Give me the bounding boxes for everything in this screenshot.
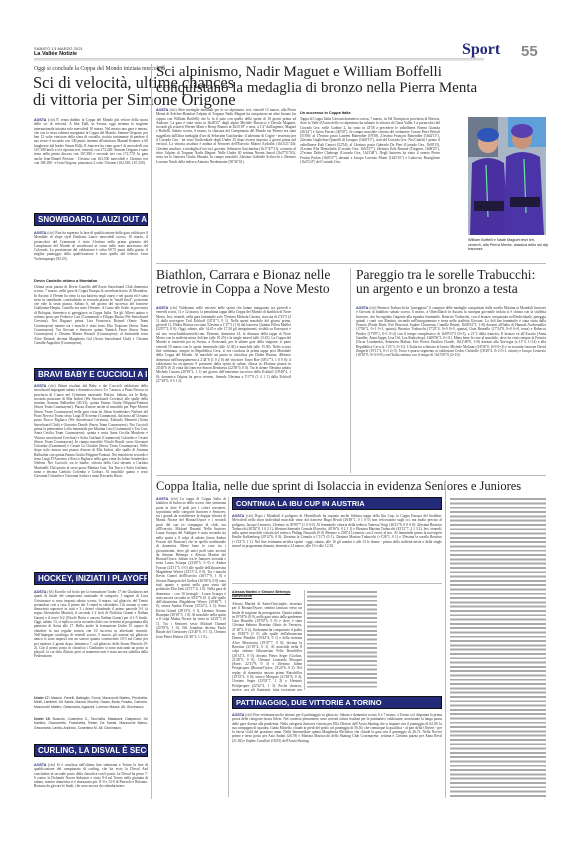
biathlon-body: AOSTA (cfo) Valdostani nelle retrovie ne… [156, 306, 291, 472]
curling-bar-title: CURLING, LA DISVAL È SECONDA [34, 744, 148, 757]
sci-alpinismo-headline: Sci alpinismo, Nadir Maguet e William Bo… [156, 65, 486, 97]
body-text: (cfo) Valdostani nelle retrovie nelle sp… [156, 306, 291, 383]
body-text: (lvl) Esordio col botto per la formazion… [34, 590, 148, 658]
masthead-paper-name: La Vallée Notizie [34, 51, 77, 57]
column-divider [151, 64, 152, 799]
section-divider [232, 583, 442, 584]
body-text: (cfo) Si è conclusa nell'ultimo fine set… [34, 763, 148, 788]
curling-body: AOSTA (cfo) Si è conclusa nell'ultimo fi… [34, 763, 148, 797]
snowboard-body: AOSTA (cfo) Non ha superato la fase di q… [34, 231, 148, 273]
athletes-photo [468, 117, 546, 235]
hockey-body: AOSTA (lvl) Esordio col botto per la for… [34, 590, 148, 690]
headline-line-1: Sci alpinismo, Nadir Maguet e William Bo… [156, 65, 486, 81]
hockey-roster-u15: Under 15: Boscolo, Cosentino S., Tacchel… [34, 717, 148, 735]
column-divider [304, 590, 305, 690]
headline-line-2: un argento e un bronzo a testa [356, 282, 556, 296]
snowboard-body-2: Ottima sesta piazza di Devin Castello de… [34, 285, 148, 355]
body-text: (cfo) E' senza dubbio la Coppa del Mondo… [34, 118, 148, 165]
body-text: (cfo) Ottimi risultati dal Baby e dai Cu… [34, 384, 148, 478]
body-text: (cfo) Dopo i Mondiali il poligono di Obe… [232, 514, 442, 548]
roster-text: Boscolo, Cosentino S., Tacchella, Madasc… [34, 717, 148, 730]
photo-caption: William Boffelli e Nadir Maguet terzi ie… [468, 238, 548, 252]
section-divider [156, 475, 546, 476]
ibu-cup-bar-title: CONTINUA LA IBU CUP IN AUSTRIA [232, 497, 442, 510]
hockey-roster-u17: Under 17: Masoni, Fanelli, Battaglio, Go… [34, 696, 148, 716]
coppa-italia-body-2: Alessia Martini di Saint-Christophe, tes… [232, 602, 302, 691]
ibu-cup-body: AOSTA (cfo) Dopo i Mondiali il poligono … [232, 514, 442, 578]
masthead-rule [34, 58, 484, 61]
body-text: (cfo) Non ha superato la fase di qualifi… [34, 231, 148, 261]
column-divider [350, 268, 351, 473]
bravi-baby-bar-title: BRAVI BABY E CUCCIOLI A PRATO NEVOSO [34, 368, 148, 381]
bravi-baby-body: AOSTA (cfo) Ottimi risultati dal Baby e … [34, 384, 148, 534]
body-text: (cfo) Beatrice Trabucchi ha "pareggiato"… [356, 306, 546, 357]
body-text: (cfo) Altre medaglie mondiali per lo sci… [156, 108, 296, 164]
article-body: AOSTA (cfo) E' senza dubbio la Coppa del… [34, 118, 148, 210]
coppa-italia-body-column [450, 497, 546, 797]
sci-alpinismo-subhead: Un successo in Coppa Italia [300, 111, 350, 115]
trabucchi-headline: Pareggio tra le sorelle Trabucchi: un ar… [356, 268, 556, 296]
body-text: (cfo) Fine settimana molto intenso per i… [232, 713, 442, 743]
snowboard-subhead: Devin Castello ottimo a Montafon [34, 278, 97, 283]
headline-line-2: retrovie in Coppa a Nove Mesto [156, 282, 346, 296]
trabucchi-body: AOSTA (cfo) Beatrice Trabucchi ha "pareg… [356, 306, 546, 472]
roster-text: Masoni, Fanelli, Battaglio, Gonni, Mazzo… [34, 696, 148, 709]
coppa-italia-subhead: Alessia Martini e Simone Bétemps convinc… [232, 590, 302, 599]
pattinaggio-bar-title: PATTINAGGIO, DUE VITTORIE A TORINO [232, 696, 442, 709]
headline-line-2: conquistano la medaglia di bronzo nella … [156, 81, 486, 97]
section-divider [156, 263, 546, 264]
article-sci-velocita: Oggi si conclude la Coppa del Mondo iniz… [34, 66, 152, 72]
coppa-italia-body: AOSTA (cfo) La tappa di Coppa Italia di … [156, 497, 226, 797]
section-title: Sport [462, 41, 500, 59]
pattinaggio-body: AOSTA (cfo) Fine settimana molto intenso… [232, 713, 442, 797]
headline-line-1: Biathlon, Carrara e Bionaz nelle [156, 268, 346, 282]
snowboard-bar-title: SNOWBOARD, LAUZI OUT AL MONDIALE [34, 213, 148, 226]
biathlon-headline: Biathlon, Carrara e Bionaz nelle retrovi… [156, 268, 346, 296]
athletes-photo-illustration [468, 117, 546, 235]
coppa-italia-headline: Coppa Italia, nelle due sprint di Isolac… [156, 480, 556, 493]
coppa-italia-body-continuation [307, 590, 377, 690]
headline-line-1: Pareggio tra le sorelle Trabucchi: [356, 268, 556, 282]
sci-alpinismo-body-2: Tappa di Coppa Italia Giovani domenica s… [300, 117, 440, 256]
column-divider [228, 497, 229, 797]
page-number: 55 [521, 43, 538, 60]
hockey-bar-title: HOCKEY, INIZIATI I PLAYOFF UNDER 17 [34, 572, 148, 585]
sci-alpinismo-body: AOSTA (cfo) Altre medaglie mondiali per … [156, 108, 296, 256]
column-divider [445, 480, 446, 798]
body-text: (cfo) La tappa di Coppa Italia di biathl… [156, 497, 226, 639]
